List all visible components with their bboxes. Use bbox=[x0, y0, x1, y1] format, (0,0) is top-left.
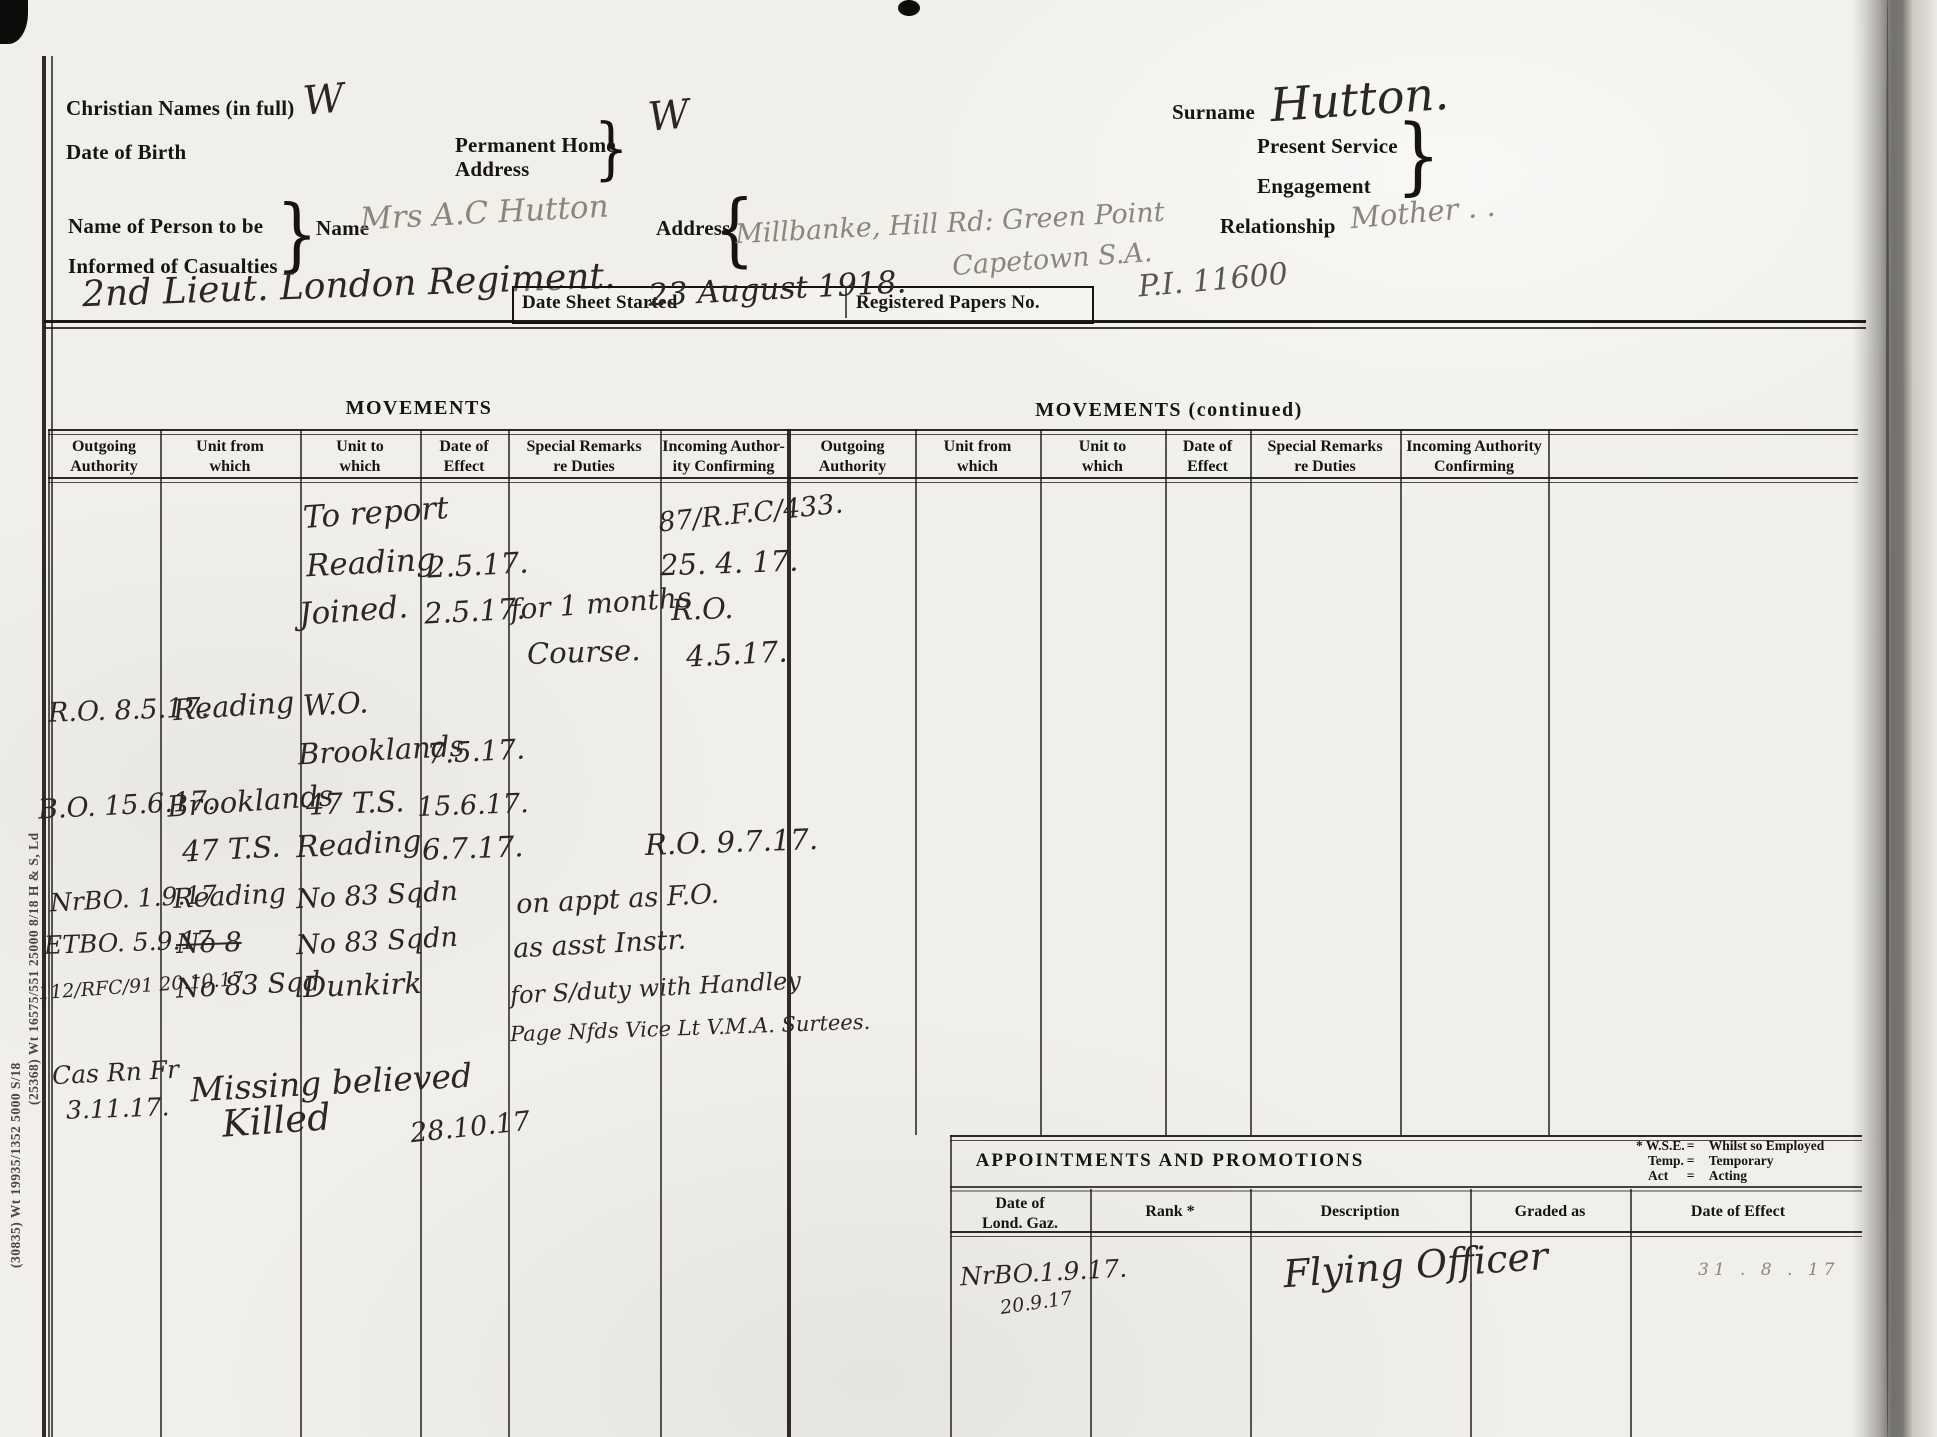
movements-title: MOVEMENTS bbox=[48, 397, 790, 420]
permanent-home-address-value: W bbox=[646, 94, 690, 137]
column-divider bbox=[1630, 1189, 1632, 1437]
appt-description: Flying Officer bbox=[1282, 1237, 1549, 1293]
mv-remarks: Course. bbox=[527, 636, 641, 669]
col-header-london-gazette-date: Date of Lond. Gaz. bbox=[950, 1194, 1090, 1233]
mv-unit-from-struck: No 8 bbox=[176, 929, 243, 958]
legend-eq: = bbox=[1687, 1169, 1707, 1184]
date-sheet-box-divider bbox=[845, 288, 847, 318]
registered-papers-label: Registered Papers No. bbox=[856, 292, 1040, 314]
printer-imprint-line: (25368) Wt 16575/551 25000 8/18 H & S, L… bbox=[26, 832, 42, 1105]
column-divider bbox=[1250, 1189, 1252, 1437]
col-header-date-of-effect: Date of Effect bbox=[1165, 437, 1250, 476]
mv-date-of-effect: 2.5.17. bbox=[426, 548, 529, 582]
col-header-description: Description bbox=[1250, 1202, 1470, 1222]
printer-imprint-line: (30835) Wt 19935/1352 5000 S/18 bbox=[8, 1062, 24, 1268]
mv-unit-to: No 83 Sqdn bbox=[295, 878, 458, 913]
col-header-special-remarks: Special Remarks re Duties bbox=[1250, 437, 1400, 476]
column-divider bbox=[915, 429, 917, 1135]
name-value: Mrs A.C Hutton bbox=[359, 192, 609, 236]
legend-eq: = bbox=[1687, 1139, 1707, 1154]
appt-gazette-ref: NrBO.1.9.17. bbox=[959, 1256, 1127, 1290]
mv-remarks: for S/duty with Handley bbox=[510, 968, 802, 1007]
col-header-special-remarks: Special Remarks re Duties bbox=[508, 437, 660, 476]
mv-date-of-effect: 7.5.17. bbox=[426, 735, 525, 768]
mv-remarks: Page Nfds Vice Lt V.M.A. Surtees. bbox=[510, 1012, 871, 1046]
mv-outgoing-authority: 3.11.17. bbox=[66, 1094, 170, 1123]
binding-rule-inner bbox=[51, 56, 53, 1437]
mv-incoming-authority: R.O. bbox=[671, 594, 734, 625]
mv-unit-from: Reading bbox=[172, 688, 295, 725]
mv-casualty-status: Killed bbox=[221, 1098, 332, 1142]
mv-unit-from: 47 T.S. bbox=[181, 832, 281, 866]
mv-unit-from: Reading bbox=[172, 880, 286, 913]
mv-unit-to: W.O. bbox=[302, 688, 369, 720]
brace: } bbox=[594, 115, 628, 183]
mv-unit-to: Dunkirk bbox=[303, 969, 423, 1002]
appointments-title: APPOINTMENTS AND PROMOTIONS bbox=[950, 1150, 1390, 1172]
torn-edge-streak bbox=[1886, 0, 1889, 1437]
col-header-rank: Rank * bbox=[1090, 1202, 1250, 1222]
casualty-form-page: (25368) Wt 16575/551 25000 8/18 H & S, L… bbox=[0, 0, 1937, 1437]
legend-meaning: Temporary bbox=[1709, 1154, 1825, 1169]
mv-incoming-authority: R.O. 9.7.17. bbox=[645, 825, 819, 860]
legend-abbr: Temp. bbox=[1636, 1154, 1685, 1169]
col-header-outgoing-authority: Outgoing Authority bbox=[790, 437, 915, 476]
col-header-outgoing-authority: Outgoing Authority bbox=[48, 437, 160, 476]
scan-speck bbox=[898, 0, 920, 16]
movements-continued-title: MOVEMENTS (continued) bbox=[790, 399, 1548, 422]
legend-eq: = bbox=[1687, 1154, 1707, 1169]
col-header-incoming-authority: Incoming Authority Confirming bbox=[1400, 437, 1548, 476]
column-divider bbox=[1165, 429, 1167, 1135]
surname-label: Surname bbox=[1172, 100, 1255, 124]
mv-remarks: on appt as F.O. bbox=[515, 881, 719, 919]
date-of-birth-label: Date of Birth bbox=[66, 140, 186, 164]
abbreviation-legend: * W.S.E.=Whilst so Employed Temp.=Tempor… bbox=[1636, 1139, 1824, 1184]
mv-outgoing-authority: Cas Rn Fr bbox=[51, 1057, 179, 1089]
legend-meaning: Acting bbox=[1709, 1169, 1825, 1184]
col-header-unit-from: Unit from which bbox=[160, 437, 300, 476]
col-header-date-of-effect: Date of Effect bbox=[1630, 1202, 1846, 1222]
section-divider-rule bbox=[44, 320, 1866, 329]
mv-incoming-authority: 4.5.17. bbox=[685, 637, 788, 671]
present-service-label: Present Service bbox=[1257, 134, 1398, 158]
appointments-mid-rule bbox=[950, 1186, 1862, 1188]
appt-date-of-effect: 31 . 8 . 17 bbox=[1698, 1262, 1840, 1279]
table-header-bottom-rule bbox=[48, 477, 1858, 483]
mv-casualty-status: Missing believed bbox=[189, 1059, 473, 1107]
christian-names-value: W bbox=[301, 78, 345, 121]
legend-abbr: Act bbox=[1636, 1169, 1685, 1184]
column-divider bbox=[1090, 1189, 1092, 1437]
scan-speck bbox=[0, 0, 28, 44]
relationship-value: Mother . . bbox=[1349, 192, 1496, 234]
relationship-label: Relationship bbox=[1220, 214, 1336, 238]
mv-date-of-effect: 28.10.17 bbox=[409, 1108, 531, 1147]
column-divider bbox=[1400, 429, 1402, 1135]
christian-names-label: Christian Names (in full) bbox=[66, 96, 294, 120]
torn-page-edge bbox=[1851, 0, 1937, 1437]
mv-remarks: for 1 months bbox=[509, 584, 692, 625]
column-divider bbox=[1548, 429, 1550, 1135]
col-header-unit-from: Unit from which bbox=[915, 437, 1040, 476]
mv-unit-to: Reading bbox=[305, 545, 436, 583]
legend-meaning: Whilst so Employed bbox=[1709, 1139, 1825, 1154]
column-divider bbox=[950, 1135, 952, 1437]
col-header-incoming-authority: Incoming Author- ity Confirming bbox=[660, 437, 787, 476]
column-divider bbox=[1470, 1189, 1472, 1437]
engagement-label: Engagement bbox=[1257, 174, 1371, 198]
brace: } bbox=[276, 195, 318, 274]
mv-unit-from: No 83 Sqd bbox=[175, 968, 321, 1003]
table-header-top-rule bbox=[48, 429, 1858, 435]
permanent-home-address-label: Permanent Home Address bbox=[455, 133, 616, 181]
binding-rule-outer bbox=[42, 56, 46, 1437]
col-header-unit-to: Unit to which bbox=[1040, 437, 1165, 476]
papers-ref-value: P.I. 11600 bbox=[1137, 260, 1289, 303]
col-header-unit-to: Unit to which bbox=[300, 437, 420, 476]
table-divider bbox=[787, 429, 791, 1437]
mv-date-of-effect: 6.7.17. bbox=[422, 832, 524, 865]
column-divider bbox=[1250, 429, 1252, 1135]
appointments-mid-rule bbox=[950, 1190, 1862, 1192]
mv-unit-to: To report bbox=[302, 493, 450, 534]
mv-unit-to: Joined. bbox=[298, 592, 409, 631]
brace: } bbox=[1396, 113, 1441, 197]
column-divider bbox=[1040, 429, 1042, 1135]
mv-date-of-effect: 15.6.17. bbox=[417, 790, 530, 821]
address-value-line2: Capetown S.A. bbox=[951, 239, 1153, 280]
mv-unit-to: No 83 Sqdn bbox=[295, 924, 458, 959]
mv-incoming-authority: 87/R.F.C/433. bbox=[657, 490, 844, 536]
informed-of-casualties-label-1: Name of Person to be bbox=[68, 214, 263, 238]
col-header-graded-as: Graded as bbox=[1470, 1202, 1630, 1222]
mv-incoming-authority: 25. 4. 17. bbox=[660, 547, 799, 581]
col-header-date-of-effect: Date of Effect bbox=[420, 437, 508, 476]
appt-gazette-ref: 20.9.17 bbox=[999, 1289, 1073, 1318]
mv-unit-to: Reading bbox=[295, 827, 422, 864]
legend-abbr: * W.S.E. bbox=[1636, 1139, 1685, 1154]
mv-unit-to: 47 T.S. bbox=[306, 787, 405, 819]
